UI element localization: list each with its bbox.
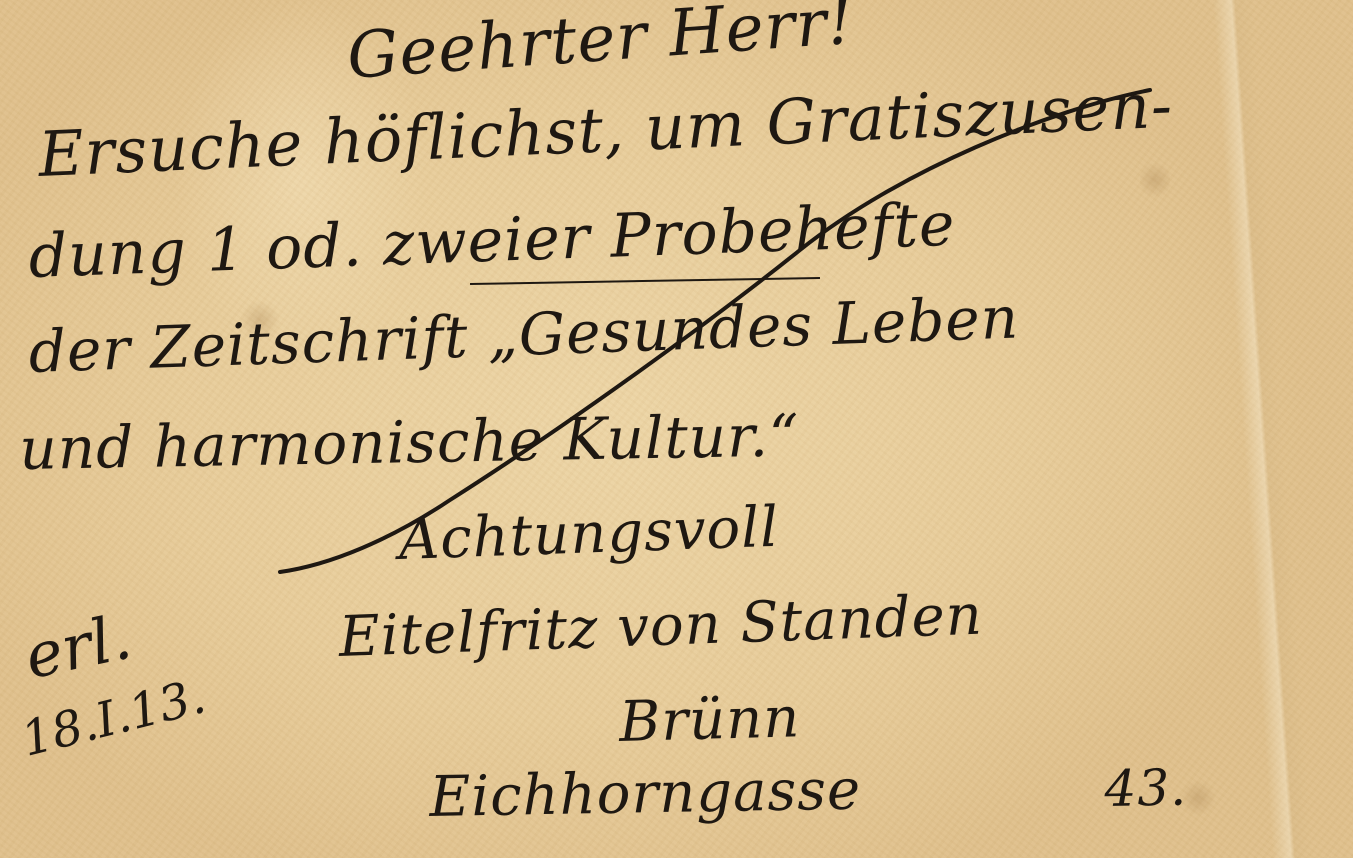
body-line-3: der Zeitschrift „Gesundes Leben — [28, 283, 1020, 386]
paper-crease — [1213, 0, 1313, 858]
signature: Eitelfritz von Standen — [338, 583, 984, 670]
ink-stain — [1140, 160, 1170, 200]
salutation: Geehrter Herr! — [345, 0, 857, 94]
address-number: 43. — [1104, 759, 1188, 818]
address-street: Eichhorngasse — [429, 757, 862, 830]
annotation-mark: erl. — [19, 600, 138, 693]
underline-mark — [470, 277, 820, 285]
closing: Achtungsvoll — [398, 495, 780, 573]
body-line-1: Ersuche höflichst, um Gratiszusen- — [37, 69, 1175, 191]
address-city: Brünn — [618, 685, 801, 755]
body-line-4: und harmonische Kultur.“ — [19, 401, 800, 483]
postcard: Geehrter Herr! Ersuche höflichst, um Gra… — [0, 0, 1353, 858]
